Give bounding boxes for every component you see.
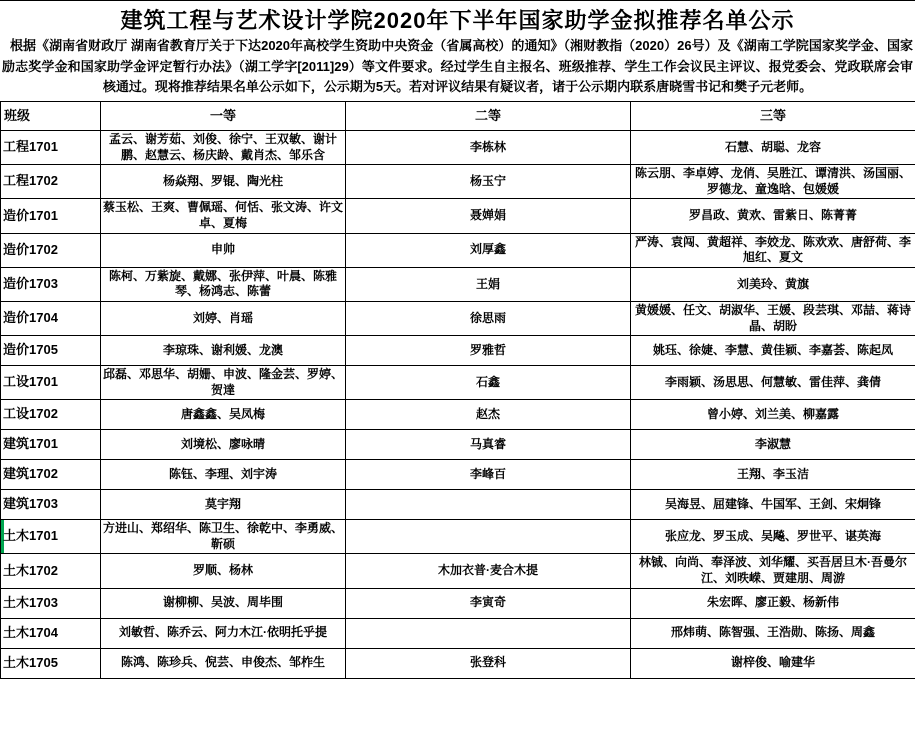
class-cell: 建筑1701 [1, 430, 101, 460]
first-tier-cell: 杨焱翔、罗锟、陶光柱 [101, 165, 346, 199]
third-tier-cell: 朱宏晖、廖正毅、杨新伟 [631, 588, 915, 618]
first-tier-cell: 罗顺、杨林 [101, 554, 346, 588]
third-tier-cell: 黄媛媛、任文、胡淑华、王媛、段芸琪、邓喆、蒋诗晶、胡盼 [631, 301, 915, 335]
table-row: 造价1703陈柯、万紫旋、戴娜、张伊萍、叶晨、陈雅琴、杨鸿志、陈蕾王娟刘美玲、黄… [1, 267, 915, 301]
class-cell: 造价1705 [1, 336, 101, 366]
table-row: 造价1702申帅刘厚鑫严涛、袁闯、黄超祥、李姣龙、陈欢欢、唐舒荷、李旭红、夏文 [1, 233, 915, 267]
first-tier-cell: 蔡玉松、王爽、曹佩瑶、何恬、张文涛、许文卓、夏梅 [101, 199, 346, 233]
class-cell: 工程1701 [1, 130, 101, 164]
header-third-tier: 三等 [631, 101, 915, 130]
second-tier-cell: 罗雅哲 [346, 336, 631, 366]
class-cell: 建筑1702 [1, 460, 101, 490]
header-class: 班级 [1, 101, 101, 130]
class-cell: 工设1702 [1, 400, 101, 430]
intro-paragraph: 根据《湖南省财政厅 湖南省教育厅关于下达2020年高校学生资助中央资金（省属高校… [2, 36, 913, 98]
first-tier-cell: 唐鑫鑫、吴凤梅 [101, 400, 346, 430]
first-tier-cell: 申帅 [101, 233, 346, 267]
third-tier-cell: 石慧、胡聪、龙容 [631, 130, 915, 164]
first-tier-cell: 邱磊、邓思华、胡姗、申波、隆金芸、罗婷、贺達 [101, 366, 346, 400]
first-tier-cell: 刘婷、肖瑶 [101, 301, 346, 335]
table-row: 建筑1703莫宇翔吴海昱、屈建锋、牛国军、王剑、宋炯锋 [1, 490, 915, 520]
second-tier-cell: 木加衣普·麦合木提 [346, 554, 631, 588]
third-tier-cell: 李雨颖、汤思思、何慧敏、雷佳萍、龚倩 [631, 366, 915, 400]
third-tier-cell: 曾小婷、刘兰美、柳嘉露 [631, 400, 915, 430]
second-tier-cell: 石鑫 [346, 366, 631, 400]
first-tier-cell: 刘境松、廖咏晴 [101, 430, 346, 460]
table-header: 班级 一等 二等 三等 [1, 101, 915, 130]
first-tier-cell: 陈鸿、陈珍兵、倪芸、申俊杰、邹柞生 [101, 648, 346, 678]
table-row: 建筑1702陈钰、李理、刘宇涛李峰百王翔、李玉洁 [1, 460, 915, 490]
third-tier-cell: 陈云朋、李卓婷、龙俏、吴胜江、谭清洪、汤国丽、罗德龙、童逸晗、包媛媛 [631, 165, 915, 199]
page-title: 建筑工程与艺术设计学院2020年下半年国家助学金拟推荐名单公示 [4, 8, 911, 34]
second-tier-cell [346, 490, 631, 520]
first-tier-cell: 刘敏哲、陈乔云、阿力木江·依明托乎提 [101, 618, 346, 648]
table-row: 造价1704刘婷、肖瑶徐思雨黄媛媛、任文、胡淑华、王媛、段芸琪、邓喆、蒋诗晶、胡… [1, 301, 915, 335]
class-cell: 造价1701 [1, 199, 101, 233]
table-row: 土木1705陈鸿、陈珍兵、倪芸、申俊杰、邹柞生张登科谢梓俊、喻建华 [1, 648, 915, 678]
second-tier-cell: 刘厚鑫 [346, 233, 631, 267]
roster-table-body: 工程1701孟云、谢芳茹、刘俊、徐宁、王双敏、谢计鹏、赵慧云、杨庆龄、戴肖杰、邹… [1, 130, 915, 678]
third-tier-cell: 谢梓俊、喻建华 [631, 648, 915, 678]
first-tier-cell: 陈柯、万紫旋、戴娜、张伊萍、叶晨、陈雅琴、杨鸿志、陈蕾 [101, 267, 346, 301]
first-tier-cell: 谢柳柳、吴波、周毕围 [101, 588, 346, 618]
announcement-page: { "page": { "title": "建筑工程与艺术设计学院2020年下半… [0, 0, 915, 730]
class-cell: 土木1702 [1, 554, 101, 588]
header-first-tier: 一等 [101, 101, 346, 130]
recommendation-table: 班级 一等 二等 三等 工程1701孟云、谢芳茹、刘俊、徐宁、王双敏、谢计鹏、赵… [0, 101, 915, 679]
second-tier-cell: 徐思雨 [346, 301, 631, 335]
table-row: 造价1701蔡玉松、王爽、曹佩瑶、何恬、张文涛、许文卓、夏梅聂婵娟罗昌政、黄欢、… [1, 199, 915, 233]
first-tier-cell: 李琼珠、谢利媛、龙澳 [101, 336, 346, 366]
third-tier-cell: 林铖、向尚、奉泽波、刘华耀、买吾居旦木·吾曼尔江、刘昳嵘、贾建朋、周游 [631, 554, 915, 588]
first-tier-cell: 方进山、郑绍华、陈卫生、徐乾中、李勇威、靳硕 [101, 520, 346, 554]
second-tier-cell: 杨玉宁 [346, 165, 631, 199]
table-row: 土木1703谢柳柳、吴波、周毕围李寅奇朱宏晖、廖正毅、杨新伟 [1, 588, 915, 618]
second-tier-cell: 李寅奇 [346, 588, 631, 618]
header-row: 班级 一等 二等 三等 [1, 101, 915, 130]
class-cell: 土木1703 [1, 588, 101, 618]
table-row: 工设1701邱磊、邓思华、胡姗、申波、隆金芸、罗婷、贺達石鑫李雨颖、汤思思、何慧… [1, 366, 915, 400]
second-tier-cell: 赵杰 [346, 400, 631, 430]
table-row: 土木1704刘敏哲、陈乔云、阿力木江·依明托乎提邢炜萌、陈智强、王浩勋、陈扬、周… [1, 618, 915, 648]
table-row: 建筑1701刘境松、廖咏晴马真睿李淑慧 [1, 430, 915, 460]
third-tier-cell: 姚珏、徐婕、李慧、黄佳颖、李嘉荟、陈起凤 [631, 336, 915, 366]
second-tier-cell: 聂婵娟 [346, 199, 631, 233]
header-second-tier: 二等 [346, 101, 631, 130]
third-tier-cell: 张应龙、罗玉成、吴飚、罗世平、谌英海 [631, 520, 915, 554]
class-cell: 建筑1703 [1, 490, 101, 520]
second-tier-cell: 李栋林 [346, 130, 631, 164]
second-tier-cell: 张登科 [346, 648, 631, 678]
first-tier-cell: 孟云、谢芳茹、刘俊、徐宁、王双敏、谢计鹏、赵慧云、杨庆龄、戴肖杰、邹乐含 [101, 130, 346, 164]
class-cell: 土木1701 [1, 520, 101, 554]
third-tier-cell: 李淑慧 [631, 430, 915, 460]
class-cell: 造价1702 [1, 233, 101, 267]
table-row: 土木1702罗顺、杨林木加衣普·麦合木提林铖、向尚、奉泽波、刘华耀、买吾居旦木·… [1, 554, 915, 588]
second-tier-cell [346, 520, 631, 554]
second-tier-cell: 马真睿 [346, 430, 631, 460]
class-cell: 土木1704 [1, 618, 101, 648]
table-row: 工程1702杨焱翔、罗锟、陶光柱杨玉宁陈云朋、李卓婷、龙俏、吴胜江、谭清洪、汤国… [1, 165, 915, 199]
second-tier-cell [346, 618, 631, 648]
third-tier-cell: 罗昌政、黄欢、雷紫日、陈菁菁 [631, 199, 915, 233]
third-tier-cell: 刘美玲、黄旗 [631, 267, 915, 301]
first-tier-cell: 莫宇翔 [101, 490, 346, 520]
first-tier-cell: 陈钰、李理、刘宇涛 [101, 460, 346, 490]
third-tier-cell: 严涛、袁闯、黄超祥、李姣龙、陈欢欢、唐舒荷、李旭红、夏文 [631, 233, 915, 267]
class-cell: 工设1701 [1, 366, 101, 400]
table-row: 工程1701孟云、谢芳茹、刘俊、徐宁、王双敏、谢计鹏、赵慧云、杨庆龄、戴肖杰、邹… [1, 130, 915, 164]
class-cell: 造价1704 [1, 301, 101, 335]
second-tier-cell: 王娟 [346, 267, 631, 301]
class-cell: 工程1702 [1, 165, 101, 199]
table-row: 土木1701方进山、郑绍华、陈卫生、徐乾中、李勇威、靳硕张应龙、罗玉成、吴飚、罗… [1, 520, 915, 554]
third-tier-cell: 王翔、李玉洁 [631, 460, 915, 490]
class-cell: 土木1705 [1, 648, 101, 678]
class-cell: 造价1703 [1, 267, 101, 301]
second-tier-cell: 李峰百 [346, 460, 631, 490]
table-row: 工设1702唐鑫鑫、吴凤梅赵杰曾小婷、刘兰美、柳嘉露 [1, 400, 915, 430]
third-tier-cell: 吴海昱、屈建锋、牛国军、王剑、宋炯锋 [631, 490, 915, 520]
third-tier-cell: 邢炜萌、陈智强、王浩勋、陈扬、周鑫 [631, 618, 915, 648]
table-row: 造价1705李琼珠、谢利媛、龙澳罗雅哲姚珏、徐婕、李慧、黄佳颖、李嘉荟、陈起凤 [1, 336, 915, 366]
